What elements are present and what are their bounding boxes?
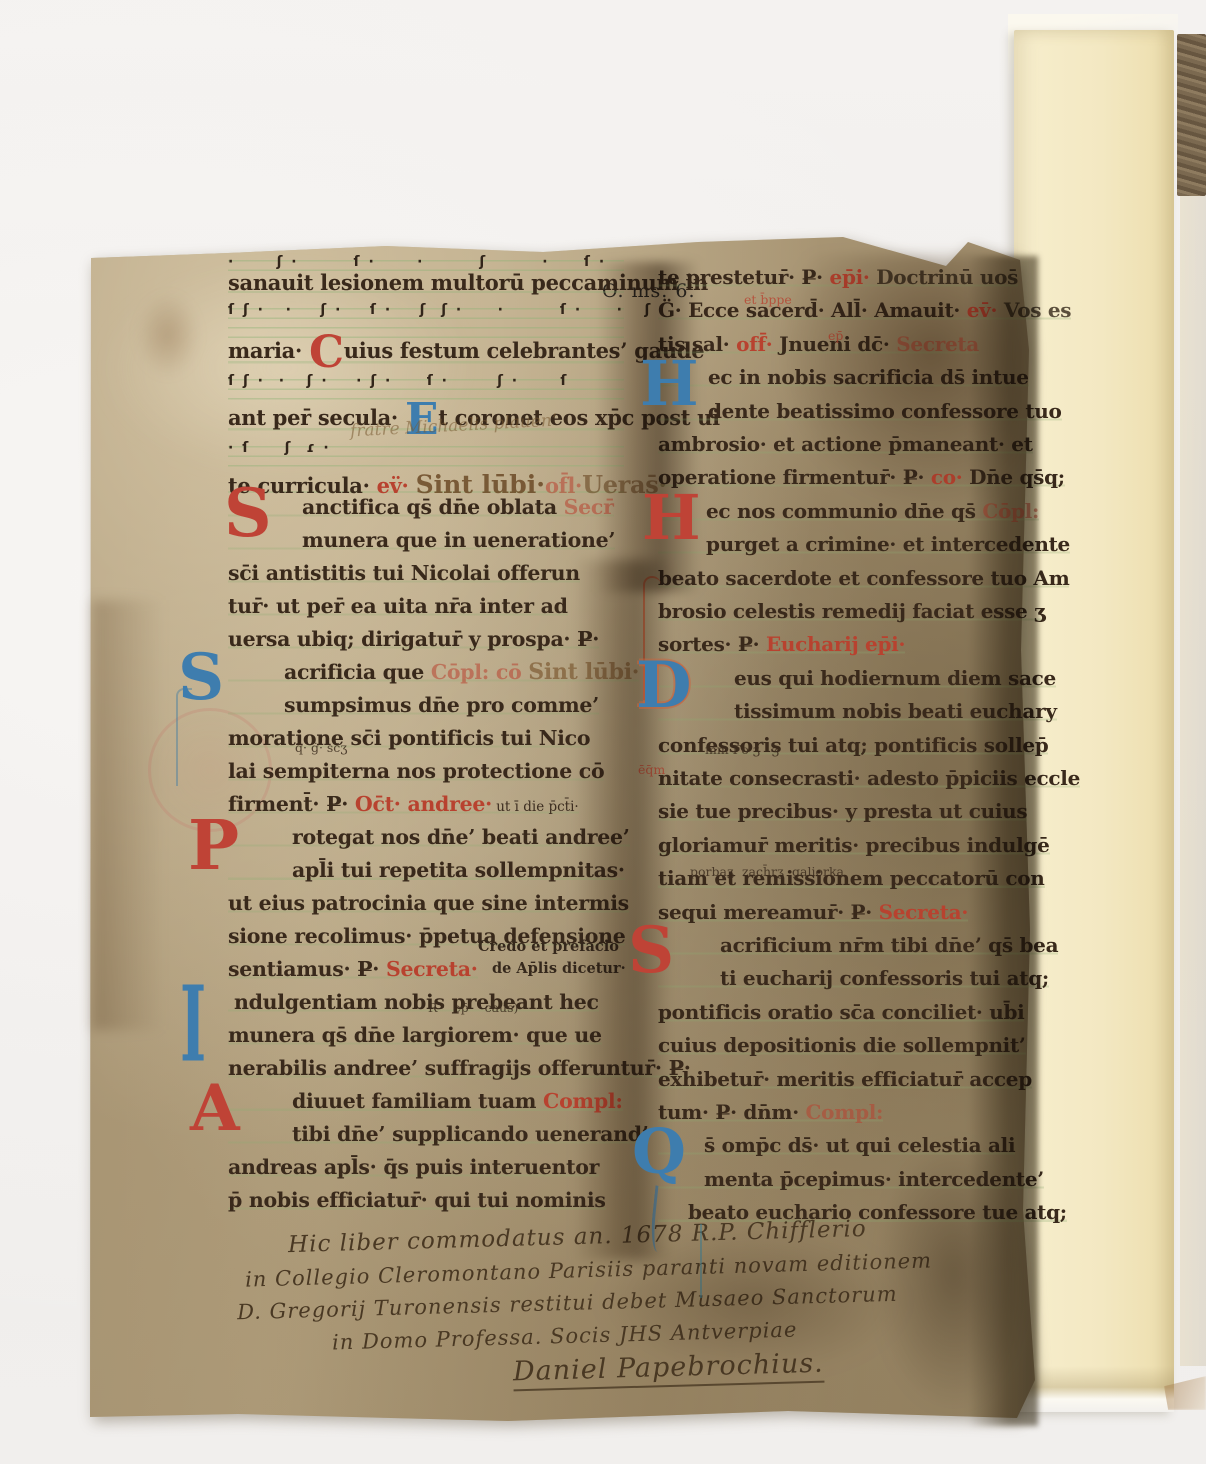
text-line: andreas apl̄s· q̄s puis interuentor xyxy=(228,1152,599,1185)
text-line: sequi mereamur̄· P̶· Secreta· xyxy=(658,897,968,930)
body-text: Vos es xyxy=(1004,298,1071,322)
body-text: moratione sc̄i pontificis tui Nico xyxy=(228,726,590,750)
body-text: exhibetur̄· meritis efficiatur̄ accep xyxy=(658,1067,1032,1091)
body-text: anctifica qs̄ dn̄e oblata xyxy=(302,495,564,519)
body-text: apl̄i tui repetita sollempnitas· xyxy=(292,858,625,882)
text-line: ut eius patrocinia que sine intermis xyxy=(228,888,629,921)
body-text: te prestetur̄· P̶· xyxy=(658,265,830,289)
text-line: G̈· Ecce sacerd̄· All̄· Amauit· ev̄· Vos… xyxy=(658,295,1071,328)
rubric-text: ev̄· xyxy=(967,298,1004,322)
text-line: nerabilis andree’ suffragijs offeruntur̄… xyxy=(228,1053,691,1086)
text-line: tur̄· ut per̄ ea uita nr̄a inter ad xyxy=(228,591,568,624)
body-text: uersa ubiq; dirigatur̄ y prospa· P̶· xyxy=(228,627,599,651)
rubric-text: ep̄i· xyxy=(830,265,877,289)
text-line: ambrosio· et actione p̄maneant· et xyxy=(658,429,1033,462)
text-line: Qs̄ omp̄c ds̄· ut qui celestia ali xyxy=(658,1130,1015,1163)
illuminated-initial: A xyxy=(190,1080,239,1138)
text-column-left: Sanctifica qs̄ dn̄e oblata Secr̄munera q… xyxy=(228,492,626,1222)
body-text: Dn̄e qs̄q; xyxy=(969,465,1065,489)
music-notation-block: · ʃ · ſ · · ʃ · ſ ·sanauit lesionem mult… xyxy=(228,252,624,502)
body-text: gloriamur̄ meritis· precibus indulgē xyxy=(658,833,1050,857)
text-line: moratione sc̄i pontificis tui Nico xyxy=(228,723,590,756)
marginal-note: Credo et prefacio xyxy=(478,938,619,955)
body-text: menta p̄cepimus· intercedente’ xyxy=(704,1167,1044,1191)
marginal-note: q̄· g̈· sc̄ʒ xyxy=(295,740,347,755)
rubric-text: Secreta· xyxy=(386,957,478,981)
text-line: sie tue precibus· y presta ut cuius xyxy=(658,796,1027,829)
text-line: dente beatissimo confessore tuo xyxy=(658,396,1062,429)
text-line: Sanctifica qs̄ dn̄e oblata Secr̄ xyxy=(228,492,614,525)
binding-spine-edge xyxy=(1177,34,1206,196)
illuminated-initial: S xyxy=(224,484,271,543)
rubric-text: Eucharij ep̄i· xyxy=(766,632,905,656)
body-text: ec in nobis sacrificia ds̄ intue xyxy=(708,365,1029,389)
rubric-text: Cōpl: cō xyxy=(431,660,528,684)
rubric-text: Cōpl: xyxy=(982,499,1039,523)
text-line: sc̄i antistitis tui Nicolai offerun xyxy=(228,558,580,591)
marginal-note: mm F̄o ʒ ʒ xyxy=(705,742,779,757)
text-line: sortes· P̶· Eucharij ep̄i· xyxy=(658,629,905,662)
body-text: firment̄· P̶· xyxy=(228,792,355,816)
text-line: munera qs̄ dn̄e largiorem· que ue xyxy=(228,1020,602,1053)
text-line: pontificis oratio sc̄a conciliet· ub̄i xyxy=(658,997,1024,1030)
neume-row: ſ ʃ · · ʃ · ſ · ʃ ʃ · · ſ · · ʃ xyxy=(228,300,624,340)
text-line: beato sacerdote et confessore tuo Am xyxy=(658,563,1069,596)
body-text: nerabilis andree’ suffragijs offeruntur̄… xyxy=(228,1056,691,1080)
marginal-note: porbaʒ zach̄rʒ galiorka xyxy=(690,864,844,879)
body-text: p̄ nobis efficiatur̄· qui tui nominis xyxy=(228,1188,606,1212)
neume-row: · ſ ʃ ɾ · xyxy=(228,438,624,472)
body-text: sumpsimus dn̄e pro comme’ xyxy=(284,693,599,717)
body-text: Doctrinū uos̄ xyxy=(876,265,1018,289)
text-line: brosio celestis remedij faciat esse ʒ xyxy=(658,596,1045,629)
body-text: purget a crimine· et intercedente xyxy=(706,532,1070,556)
neume-row: · ʃ · ſ · · ʃ · ſ · xyxy=(228,252,624,272)
illuminated-initial: S xyxy=(628,922,674,980)
text-line: Sacrificium nr̄m tibi dn̄e’ qs̄ bea xyxy=(658,930,1058,963)
marginal-note: R ep̄ caus) xyxy=(428,1000,518,1015)
body-text: munera que in ueneratione’ xyxy=(302,528,615,552)
body-text: brosio celestis remedij faciat esse ʒ xyxy=(658,599,1045,623)
rubric-text: Compl: xyxy=(543,1089,623,1113)
body-text: rotegat nos dn̄e’ beati andree’ xyxy=(292,825,630,849)
body-text: tibi dn̄e’ supplicando uenerand’ xyxy=(292,1122,649,1146)
blue-fiber-mark xyxy=(700,1224,702,1298)
body-text: ti eucharij confessoris tui atq; xyxy=(720,966,1049,990)
body-text: nitate consecrasti· adesto p̄piciis eccl… xyxy=(658,766,1080,790)
text-line: uersa ubiq; dirigatur̄ y prospa· P̶· xyxy=(228,624,599,657)
body-text: sie tue precibus· y presta ut cuius xyxy=(658,799,1027,823)
body-text: acrificium nr̄m tibi dn̄e’ qs̄ bea xyxy=(720,933,1058,957)
body-text: sequi mereamur̄· P̶· xyxy=(658,900,879,924)
rubric-text: co· xyxy=(931,465,969,489)
text-line: sentiamus· P̶· Secreta· xyxy=(228,954,478,987)
body-text: diuuet familiam tuam xyxy=(292,1089,543,1113)
text-line: te prestetur̄· P̶· ep̄i· Doctrinū uos̄ xyxy=(658,262,1018,295)
text-line: sumpsimus dn̄e pro comme’ xyxy=(228,690,599,723)
body-text: ut ī die p̄ct̄i· xyxy=(492,799,579,815)
illuminated-initial: H xyxy=(640,356,698,412)
body-text: ec nos communio dn̄e qs̄ xyxy=(706,499,982,523)
body-text: acrificia que xyxy=(284,660,431,684)
rubric-text: Oc̄t· andree· xyxy=(355,792,492,816)
body-text: eus qui hodiernum diem sace xyxy=(734,666,1056,690)
text-line: tis sal· off̄· Jnueni dc̄· Secreta xyxy=(658,329,979,362)
body-text: andreas apl̄s· q̄s puis interuentor xyxy=(228,1155,599,1179)
rubric-text: Secreta· xyxy=(879,900,968,924)
body-text: sc̄i antistitis tui Nicolai offerun xyxy=(228,561,580,585)
body-text: tur̄· ut per̄ ea uita nr̄a inter ad xyxy=(228,594,568,618)
body-text: maria· xyxy=(228,338,309,363)
rubric-text: Secr̄ xyxy=(564,495,614,519)
text-line: tissimum nobis beati euchary xyxy=(658,696,1057,729)
body-text: pontificis oratio sc̄a conciliet· ub̄i xyxy=(658,1000,1024,1024)
body-text: G̈· Ecce sacerd̄· All̄· Amauit· xyxy=(658,298,967,322)
text-line: firment̄· P̶· Oc̄t· andree· ut ī die p̄c… xyxy=(228,789,579,822)
body-text: sentiamus· P̶· xyxy=(228,957,386,981)
manuscript-photo: O. ms. 6. · ʃ · ſ · · ʃ · ſ ·sanauit les… xyxy=(0,0,1206,1464)
body-text: ndulgentiam nobis prebeant hec xyxy=(234,990,599,1014)
text-line: Deus qui hodiernum diem sace xyxy=(658,663,1056,696)
chant-text-line: sanauit lesionem multorū peccaminum in xyxy=(228,270,624,300)
text-line: menta p̄cepimus· intercedente’ xyxy=(658,1164,1044,1197)
marginal-note: et b̄ppe xyxy=(744,292,792,307)
illuminated-initial: H xyxy=(642,490,700,546)
illuminated-initial: P xyxy=(188,816,239,877)
text-line: Hec in nobis sacrificia ds̄ intue xyxy=(658,362,1029,395)
illuminated-initial: Q xyxy=(632,1124,686,1180)
text-line: nitate consecrasti· adesto p̄piciis eccl… xyxy=(658,763,1080,796)
text-line: purget a crimine· et intercedente xyxy=(658,529,1070,562)
body-text: s̄ omp̄c ds̄· ut qui celestia ali xyxy=(704,1133,1015,1157)
illuminated-initial: D xyxy=(636,657,691,715)
illuminated-initial: I xyxy=(180,979,206,1072)
text-line: Sacrificia que Cōpl: cō Sint lūbi· xyxy=(228,657,639,690)
body-text: Sint lūbi· xyxy=(528,659,639,685)
text-line: Adiuuet familiam tuam Compl: xyxy=(228,1086,623,1119)
body-text: lai sempiterna nos protectione cō xyxy=(228,759,604,783)
text-line: exhibetur̄· meritis efficiatur̄ accep xyxy=(658,1064,1032,1097)
text-line: apl̄i tui repetita sollempnitas· xyxy=(228,855,625,888)
text-line: gloriamur̄ meritis· precibus indulgē xyxy=(658,830,1050,863)
chant-text-line: maria· Cuius festum celebrantes’ gaude xyxy=(228,338,624,371)
text-line: operatione firmentur̄· P̶· co· Dn̄e qs̄q… xyxy=(658,462,1065,495)
text-line: tibi dn̄e’ supplicando uenerand’ xyxy=(228,1119,649,1152)
text-line: ti eucharij confessoris tui atq; xyxy=(658,963,1049,996)
body-text: sanauit lesionem multorū peccaminum in xyxy=(228,270,708,295)
rubric-text: Secreta xyxy=(896,332,979,356)
rubric-text: Compl: xyxy=(806,1100,884,1124)
text-line: cuius depositionis die sollempnit’ xyxy=(658,1030,1026,1063)
body-text: ut eius patrocinia que sine intermis xyxy=(228,891,629,915)
text-line: munera que in ueneratione’ xyxy=(228,525,615,558)
body-text: beato sacerdote et confessore tuo Am xyxy=(658,566,1069,590)
text-column-right: te prestetur̄· P̶· ep̄i· Doctrinū uos̄G̈… xyxy=(658,262,1034,1252)
body-text: tissimum nobis beati euchary xyxy=(734,699,1057,723)
body-text: dente beatissimo confessore tuo xyxy=(708,399,1062,423)
marginal-note: ēq̄m xyxy=(638,762,665,777)
body-text: ambrosio· et actione p̄maneant· et xyxy=(658,432,1033,456)
text-line: Indulgentiam nobis prebeant hec xyxy=(228,987,599,1020)
illuminated-initial: S xyxy=(178,649,224,707)
marginal-note: ep̄ xyxy=(828,328,843,343)
text-line: Protegat nos dn̄e’ beati andree’ xyxy=(228,822,630,855)
rubric-text: off̄· xyxy=(736,332,779,356)
text-line: lai sempiterna nos protectione cō xyxy=(228,756,604,789)
marginal-note: de Ap̄lis dicetur· xyxy=(492,960,626,977)
text-line: tum· P̶· dn̄m· Compl: xyxy=(658,1097,883,1130)
body-text: munera qs̄ dn̄e largiorem· que ue xyxy=(228,1023,602,1047)
text-line: p̄ nobis efficiatur̄· qui tui nominis xyxy=(228,1185,606,1218)
text-line: Hec nos communio dn̄e qs̄ Cōpl: xyxy=(658,496,1039,529)
body-text: cuius depositionis die sollempnit’ xyxy=(658,1033,1026,1057)
book-page-edges xyxy=(1180,196,1206,1366)
